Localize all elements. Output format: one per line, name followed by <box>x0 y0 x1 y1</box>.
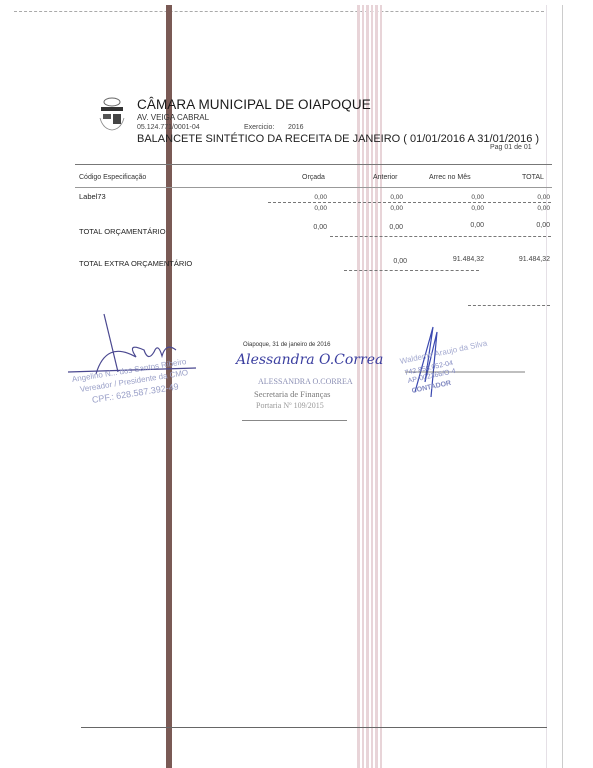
scan-artifact-pink-stripe <box>357 5 360 768</box>
exercicio-label: Exercicio: <box>244 124 274 131</box>
total-extra-anterior: 0,00 <box>347 258 407 265</box>
table-top-rule <box>75 164 552 165</box>
institution-address: AV. VEIGA CABRAL <box>137 113 209 122</box>
cell-orcada: 0,00 <box>267 205 327 212</box>
signature-date: Oiapoque, 31 de janeiro de 2016 <box>243 342 330 348</box>
cell-anterior: 0,00 <box>343 205 403 212</box>
total-extra-label: TOTAL EXTRA ORÇAMENTÁRIO <box>79 259 192 268</box>
grand-total-dashed-rule <box>468 305 550 306</box>
column-header-anterior: Anterior <box>373 174 398 181</box>
institution-cnpj: 05.124.771/0001-04 <box>137 124 200 131</box>
coat-of-arms-icon <box>97 96 127 132</box>
report-title: BALANCETE SINTÉTICO DA RECEITA DE JANEIR… <box>137 133 539 145</box>
cell-arrec: 0,00 <box>424 205 484 212</box>
total-extra-total: 91.484,32 <box>490 256 550 263</box>
total-orcamentario-label: TOTAL ORÇAMENTÁRIO <box>79 227 166 236</box>
scan-artifact-pink-stripe <box>375 5 378 768</box>
stamp-center-role: Secretaria de Finanças <box>254 389 330 399</box>
column-header-codigo: Código Especificação <box>79 174 146 181</box>
column-header-total: TOTAL <box>522 174 544 181</box>
total-extra-dashed-rule <box>344 270 479 271</box>
scan-edge-line <box>562 5 563 768</box>
stamp-center-name: ALESSANDRA O.CORREA <box>258 377 353 386</box>
footer-rule <box>81 727 547 728</box>
cell-total: 0,00 <box>490 205 550 212</box>
signature-center-handwritten: Alessandra O.Correa <box>236 352 383 368</box>
subtotal-dashed-rule <box>268 202 551 203</box>
total-orcamentario-orcada: 0,00 <box>267 224 327 231</box>
cell-anterior: 0,00 <box>343 194 403 201</box>
scan-artifact-pink-stripe <box>366 5 369 768</box>
scan-edge-line <box>546 5 547 768</box>
table-header-rule <box>75 187 552 188</box>
scan-artifact-pink-stripe <box>380 5 382 768</box>
scan-top-line <box>14 11 544 12</box>
total-orcamentario-anterior: 0,00 <box>343 224 403 231</box>
total-orcamentario-dashed-rule <box>330 236 551 237</box>
cell-orcada: 0,00 <box>267 194 327 201</box>
exercicio-value: 2016 <box>288 124 304 131</box>
institution-name: CÂMARA MUNICIPAL DE OIAPOQUE <box>137 97 371 112</box>
cell-arrec: 0,00 <box>424 194 484 201</box>
page-indicator: Pag 01 de 01 <box>490 144 532 151</box>
stamp-center-portaria: Portaria Nº 109/2015 <box>256 401 324 410</box>
signature-center-rule <box>242 420 347 421</box>
column-header-arrec: Arrec no Mês <box>429 174 471 181</box>
cell-total: 0,00 <box>490 194 550 201</box>
total-orcamentario-total: 0,00 <box>490 222 550 229</box>
scan-artifact-pink-stripe <box>362 5 364 768</box>
column-header-orcada: Orçada <box>302 174 325 181</box>
total-orcamentario-arrec: 0,00 <box>424 222 484 229</box>
table-row-label: Label73 <box>79 192 106 201</box>
total-extra-arrec: 91.484,32 <box>424 256 484 263</box>
scan-artifact-pink-stripe <box>371 5 373 768</box>
